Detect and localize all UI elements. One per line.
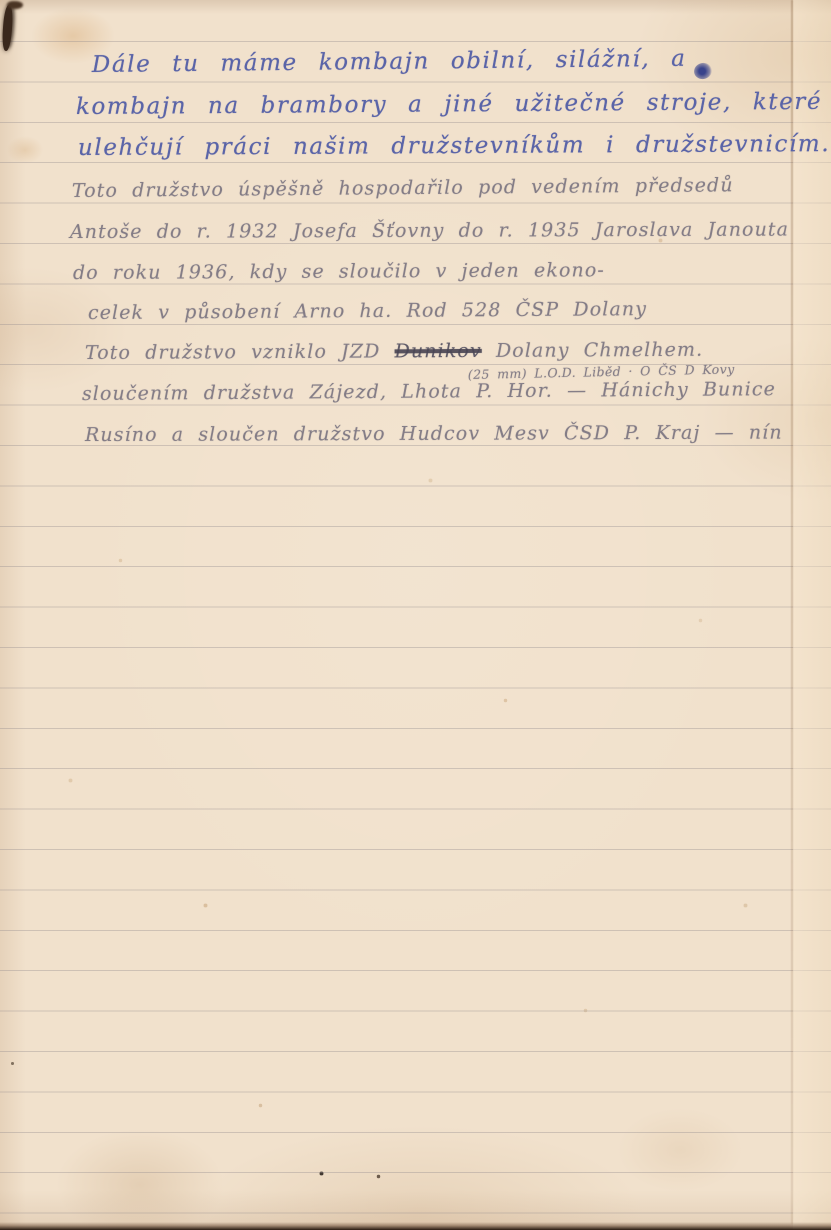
handwriting-line-10: Rusíno a sloučen družstvo Hudcov Mesv ČS… (85, 422, 783, 448)
handwriting-line-7: celek v působení Arno ha. Rod 528 ČSP Do… (88, 298, 647, 326)
page-right-edge-line (791, 0, 793, 1224)
handwriting-line-2: kombajn na brambory a jiné užitečné stro… (76, 88, 822, 122)
line-8-before-strike: Toto družstvo vzniklo JZD (85, 340, 395, 364)
handwriting-line-1: Dále tu máme kombajn obilní, silážní, a (92, 45, 687, 80)
page-right-edge-band (793, 0, 831, 1230)
handwriting-line-3: ulehčují práci našim družstevníkům i dru… (78, 130, 830, 163)
handwriting-line-6: do roku 1936, kdy se sloučilo v jeden ek… (73, 259, 605, 286)
ruled-lines (0, 41, 831, 1214)
handwriting-line-4: Toto družstvo úspěšně hospodařilo pod ve… (72, 174, 734, 204)
notebook-page: Dále tu máme kombajn obilní, silážní, a … (0, 0, 831, 1230)
book-bottom-edge (0, 1222, 831, 1230)
ink-blot (692, 61, 714, 81)
handwriting-line-8: Toto družstvo vzniklo JZD Dunikov Dolany… (85, 339, 703, 366)
top-left-corner-mark (1, 5, 13, 52)
line-8-after-strike: Dolany Chmelhem. (482, 339, 704, 362)
top-left-edge-shadow (7, 1, 23, 9)
handwriting-line-9: sloučením družstva Zájezd, Lhota P. Hor.… (82, 378, 776, 407)
paper-specks (0, 0, 1, 1)
strikethrough-word: Dunikov (395, 340, 482, 362)
handwriting-line-5: Antoše do r. 1932 Josefa Šťovny do r. 19… (70, 218, 789, 244)
